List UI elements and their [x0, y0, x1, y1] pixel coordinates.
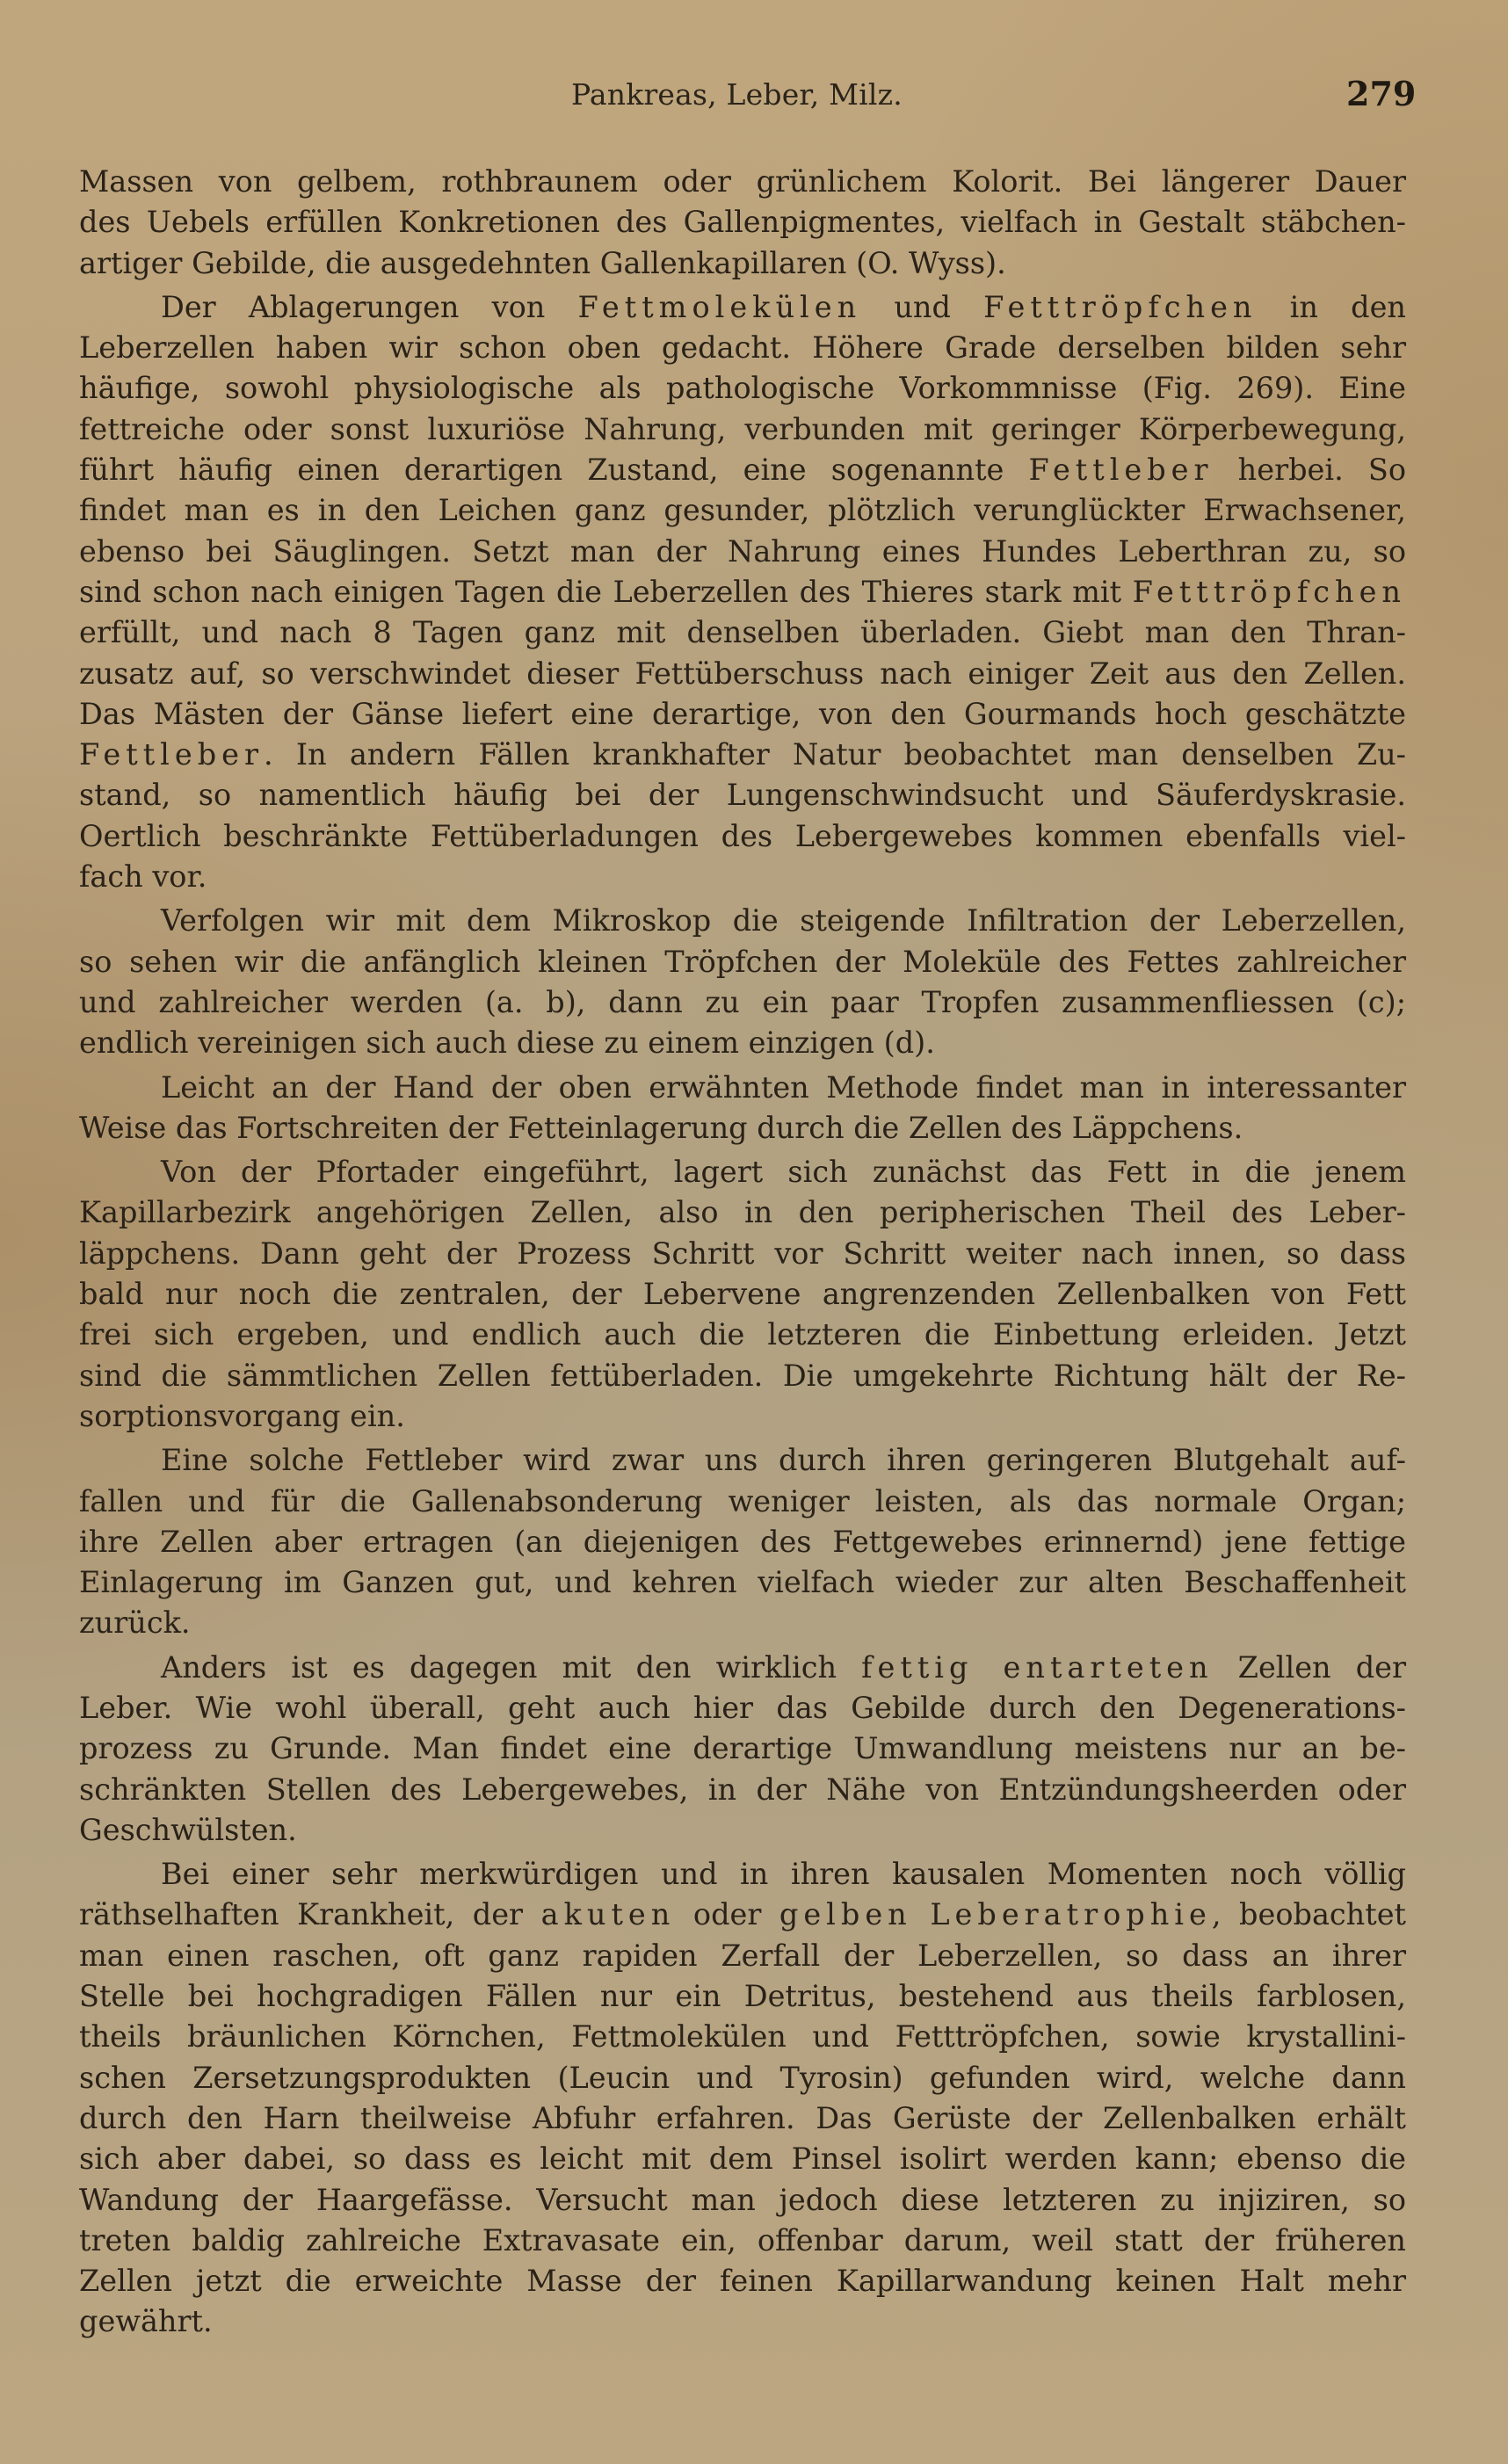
text-line: Zellen jetzt die erweichte Masse der fei… [79, 2261, 1406, 2301]
text-line: schen Zersetzungsprodukten (Leucin und T… [79, 2058, 1406, 2098]
paragraph: Der Ablagerungen von Fettmolekülen und F… [79, 287, 1406, 897]
text-line: Leber. Wie wohl überall, geht auch hier … [79, 1688, 1406, 1728]
text-line: endlich vereinigen sich auch diese zu ei… [79, 1023, 1406, 1063]
paragraph: Massen von gelbem, rothbraunem oder grün… [79, 162, 1406, 284]
text-line: stand, so namentlich häufig bei der Lung… [79, 775, 1406, 815]
text-line: sich aber dabei, so dass es leicht mit d… [79, 2139, 1406, 2179]
text-line: sorptionsvorgang ein. [79, 1396, 1406, 1437]
text-line: findet man es in den Leichen ganz gesund… [79, 490, 1406, 531]
text-line: Das Mästen der Gänse liefert eine derart… [79, 694, 1406, 735]
text-line: und zahlreicher werden (a. b), dann zu e… [79, 982, 1406, 1023]
emphasized-term: Fetttröpfchen [1133, 575, 1406, 609]
paragraph: Bei einer sehr merkwürdigen und in ihren… [79, 1854, 1406, 2343]
text-line: Kapillarbezirk angehörigen Zellen, also … [79, 1192, 1406, 1233]
text-line: Stelle bei hochgradigen Fällen nur ein D… [79, 1976, 1406, 2017]
paragraph: Anders ist es dagegen mit den wirklich f… [79, 1648, 1406, 1851]
text-line: Fettleber. In andern Fällen krankhafter … [79, 735, 1406, 775]
text-line: zusatz auf, so verschwindet dieser Fettü… [79, 654, 1406, 694]
text-line: Eine solche Fettleber wird zwar uns durc… [79, 1440, 1406, 1481]
text-line: des Uebels erfüllen Konkretionen des Gal… [79, 202, 1406, 243]
running-head: Pankreas, Leber, Milz. 279 [0, 77, 1508, 121]
text-line: Der Ablagerungen von Fettmolekülen und F… [79, 287, 1406, 328]
emphasized-term: fettig entarteten [861, 1650, 1213, 1685]
text-line: Geschwülsten. [79, 1810, 1406, 1851]
text-line: Bei einer sehr merkwürdigen und in ihren… [79, 1854, 1406, 1895]
text-line: treten baldig zahlreiche Extravasate ein… [79, 2221, 1406, 2261]
emphasized-term: Fettleber [1029, 453, 1214, 487]
text-line: Oertlich beschränkte Fettüberladungen de… [79, 816, 1406, 857]
text-line: erfüllt, und nach 8 Tagen ganz mit dense… [79, 612, 1406, 653]
text-line: Leicht an der Hand der oben erwähnten Me… [79, 1068, 1406, 1108]
text-line: Massen von gelbem, rothbraunem oder grün… [79, 162, 1406, 202]
text-line: bald nur noch die zentralen, der Leberve… [79, 1274, 1406, 1315]
book-page: Pankreas, Leber, Milz. 279 Massen von ge… [0, 0, 1508, 2464]
page-number: 279 [1346, 74, 1416, 113]
text-line: häufige, sowohl physiologische als patho… [79, 368, 1406, 409]
emphasized-term: akuten [541, 1897, 676, 1931]
text-line: so sehen wir die anfänglich kleinen Tröp… [79, 942, 1406, 982]
text-line: durch den Harn theilweise Abfuhr erfahre… [79, 2098, 1406, 2139]
text-line: räthselhaften Krankheit, der akuten oder… [79, 1895, 1406, 1935]
emphasized-term: Leberatrophie [930, 1897, 1212, 1931]
running-title: Pankreas, Leber, Milz. [571, 77, 903, 112]
paragraph: Von der Pfortader eingeführt, lagert sic… [79, 1152, 1406, 1437]
text-line: ihre Zellen aber ertragen (an diejenigen… [79, 1522, 1406, 1562]
text-line: sind die sämmtlichen Zellen fettüberlade… [79, 1356, 1406, 1396]
text-line: fettreiche oder sonst luxuriöse Nahrung,… [79, 409, 1406, 450]
text-line: fallen und für die Gallenabsonderung wen… [79, 1482, 1406, 1522]
paragraph: Verfolgen wir mit dem Mikroskop die stei… [79, 901, 1406, 1063]
text-line: fach vor. [79, 857, 1406, 897]
text-line: zurück. [79, 1603, 1406, 1643]
emphasized-term: Fettmolekülen [578, 290, 862, 324]
text-line: Anders ist es dagegen mit den wirklich f… [79, 1648, 1406, 1688]
body-text: Massen von gelbem, rothbraunem oder grün… [79, 162, 1406, 2346]
text-line: Einlagerung im Ganzen gut, und kehren vi… [79, 1562, 1406, 1603]
text-line: theils bräunlichen Körnchen, Fettmolekül… [79, 2017, 1406, 2057]
text-line: artiger Gebilde, die ausgedehnten Gallen… [79, 243, 1406, 284]
emphasized-term: Fetttröpfchen [983, 290, 1257, 324]
emphasized-term: Fettleber [79, 737, 264, 772]
paragraph: Leicht an der Hand der oben erwähnten Me… [79, 1068, 1406, 1149]
text-line: Leberzellen haben wir schon oben gedacht… [79, 328, 1406, 368]
text-line: Verfolgen wir mit dem Mikroskop die stei… [79, 901, 1406, 941]
text-line: Weise das Fortschreiten der Fetteinlager… [79, 1108, 1406, 1149]
paragraph: Eine solche Fettleber wird zwar uns durc… [79, 1440, 1406, 1643]
text-line: führt häufig einen derartigen Zustand, e… [79, 450, 1406, 490]
text-line: Von der Pfortader eingeführt, lagert sic… [79, 1152, 1406, 1192]
emphasized-term: gelben [779, 1897, 912, 1931]
text-line: ebenso bei Säuglingen. Setzt man der Nah… [79, 532, 1406, 572]
text-line: man einen raschen, oft ganz rapiden Zerf… [79, 1936, 1406, 1976]
text-line: Wandung der Haargefässe. Versucht man je… [79, 2180, 1406, 2221]
text-line: sind schon nach einigen Tagen die Leberz… [79, 572, 1406, 612]
text-line: gewährt. [79, 2301, 1406, 2342]
text-line: läppchens. Dann geht der Prozess Schritt… [79, 1234, 1406, 1274]
text-line: schränkten Stellen des Lebergewebes, in … [79, 1770, 1406, 1810]
text-line: prozess zu Grunde. Man findet eine derar… [79, 1728, 1406, 1769]
text-line: frei sich ergeben, und endlich auch die … [79, 1315, 1406, 1355]
